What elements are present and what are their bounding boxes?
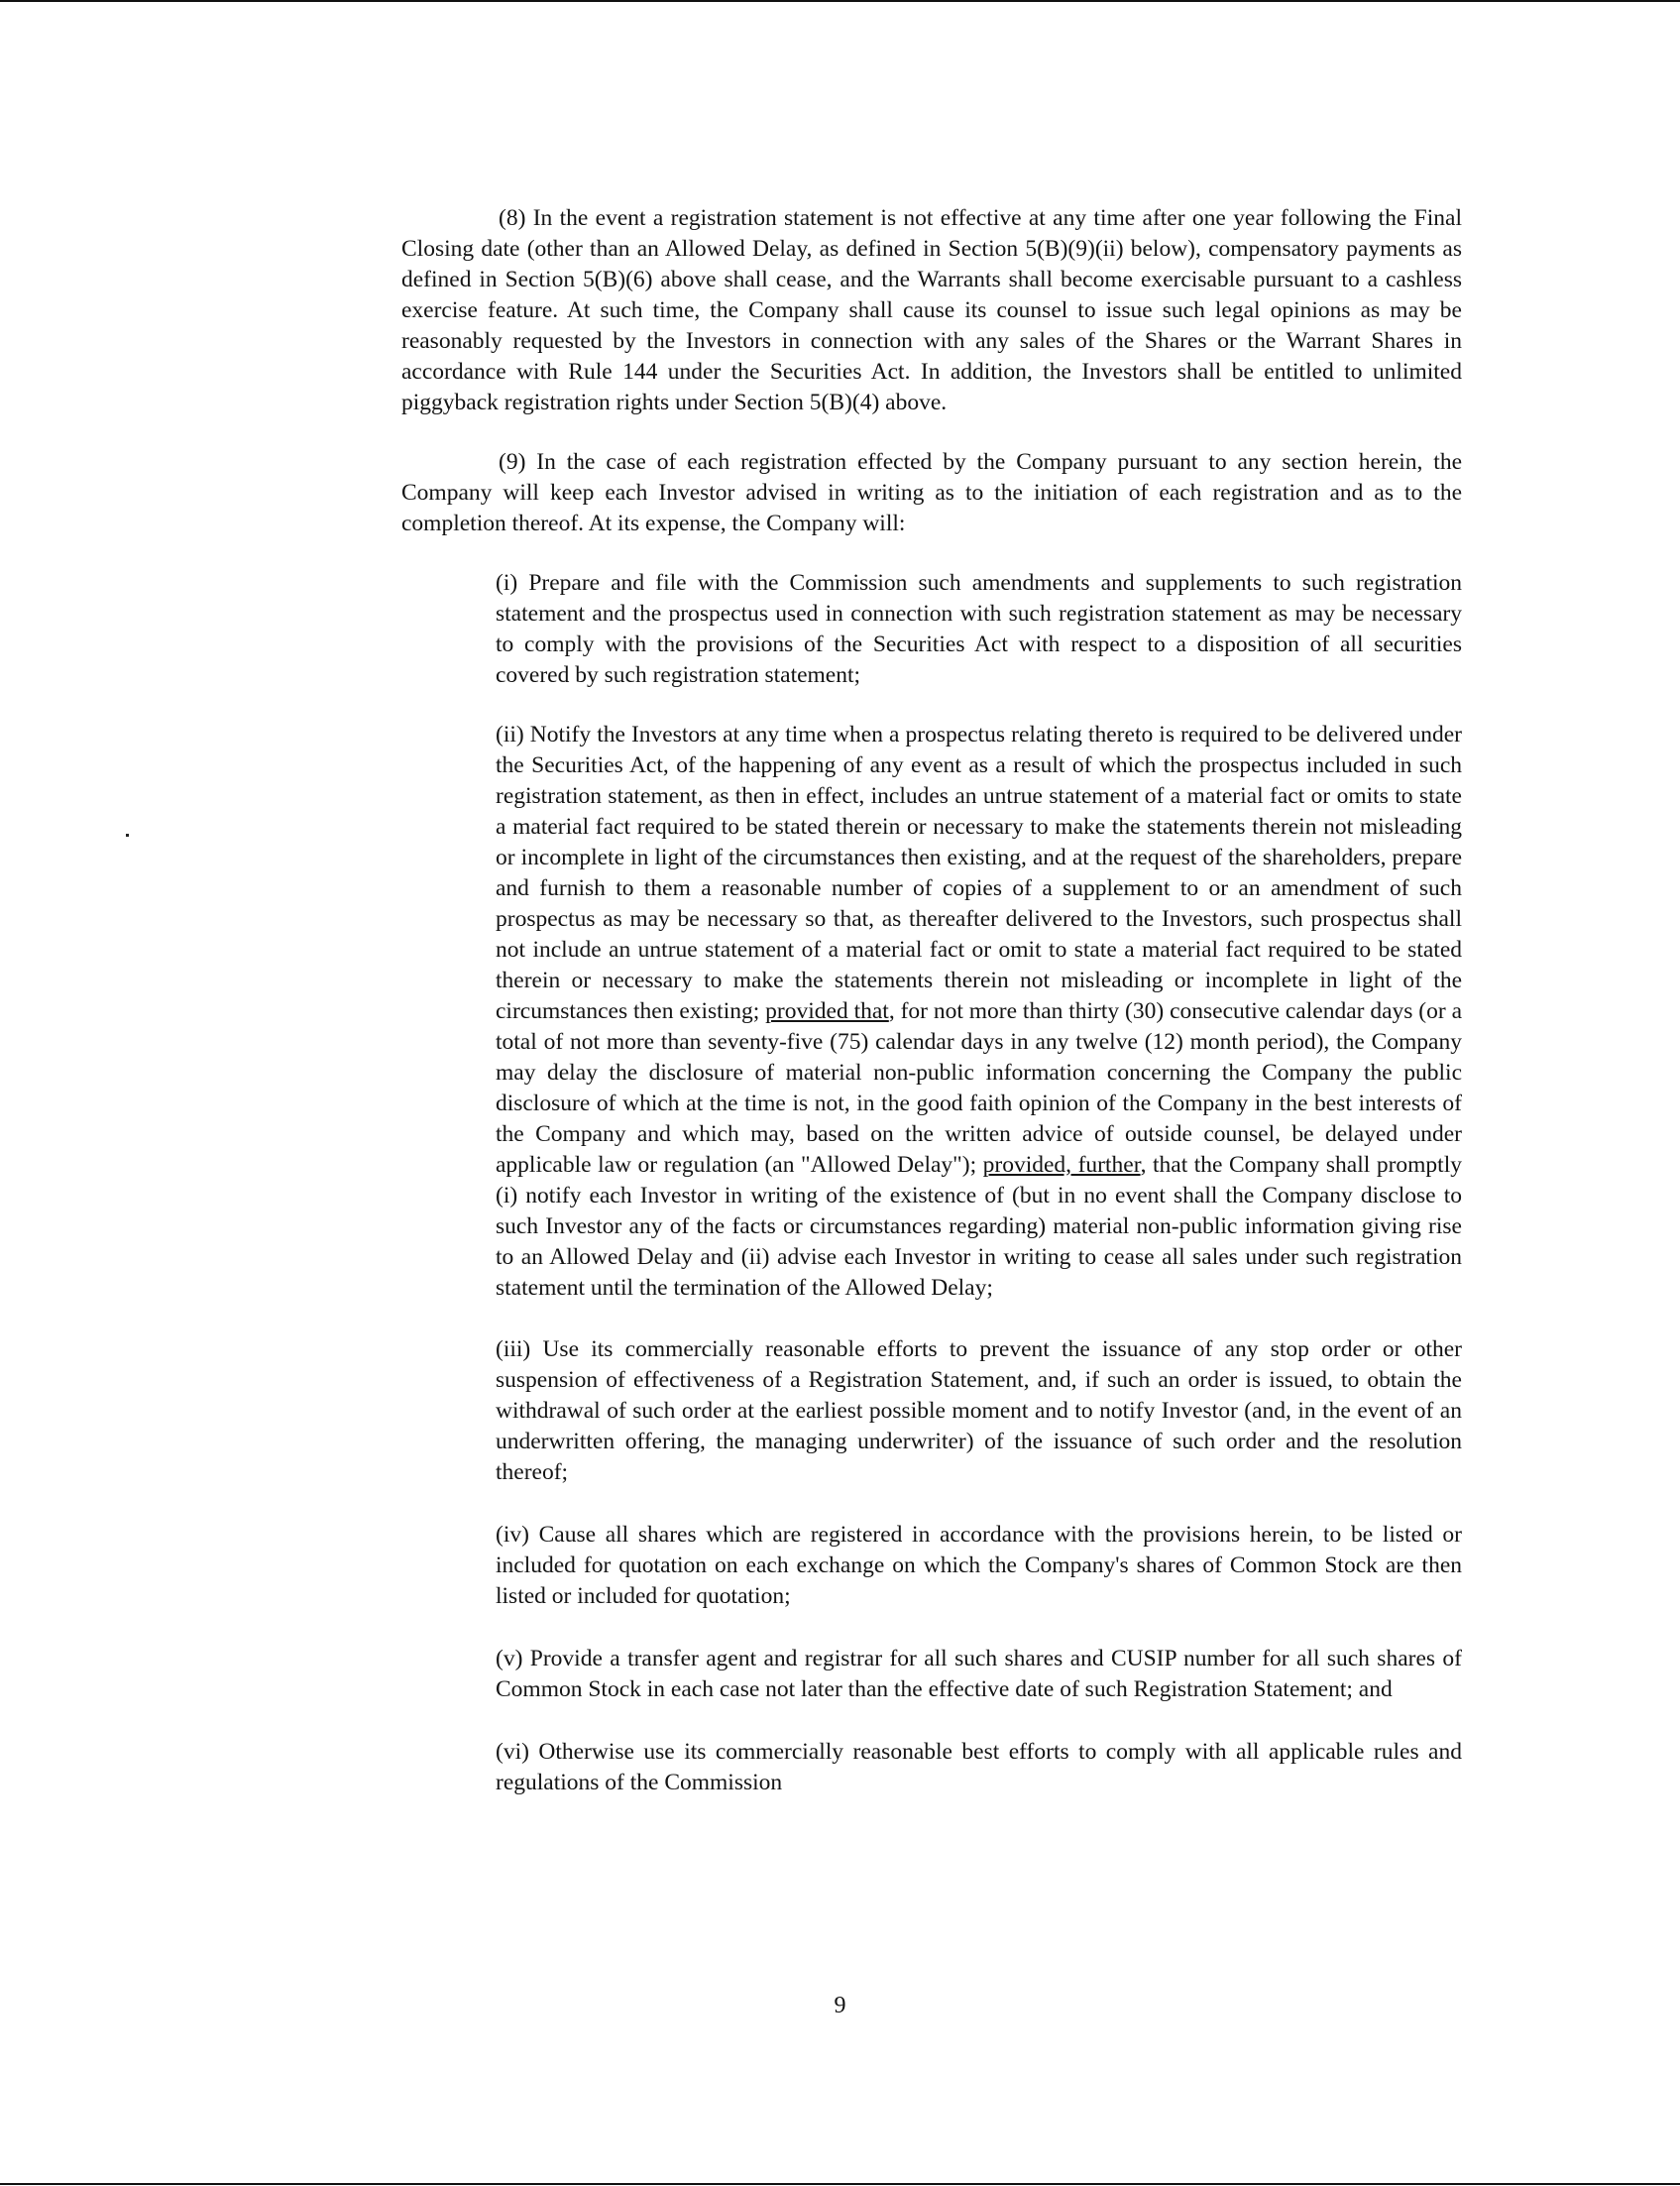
- subitem-iv: (iv) Cause all shares which are register…: [496, 1520, 1462, 1612]
- subitem-ii-text-2: , for not more than thirty (30) consecut…: [496, 998, 1462, 1178]
- top-border-line: [0, 0, 1680, 2]
- page-number: 9: [0, 1993, 1680, 2019]
- subitem-ii: (ii) Notify the Investors at any time wh…: [496, 720, 1462, 1304]
- subitem-iii: (iii) Use its commercially reasonable ef…: [496, 1334, 1462, 1488]
- subitem-vi: (vi) Otherwise use its commercially reas…: [496, 1737, 1462, 1798]
- document-page: (8) In the event a registration statemen…: [401, 203, 1462, 1798]
- bottom-border-line: [0, 2183, 1680, 2185]
- paragraph-8: (8) In the event a registration statemen…: [401, 203, 1462, 418]
- paragraph-9: (9) In the case of each registration eff…: [401, 447, 1462, 539]
- provided-that-underline: provided that: [765, 998, 889, 1024]
- provided-further-underline: provided, further: [983, 1152, 1141, 1178]
- subitem-i: (i) Prepare and file with the Commission…: [496, 568, 1462, 691]
- subitem-ii-text-1: (ii) Notify the Investors at any time wh…: [496, 722, 1462, 1024]
- scan-artifact-dot: [126, 834, 129, 837]
- subitem-v: (v) Provide a transfer agent and registr…: [496, 1644, 1462, 1705]
